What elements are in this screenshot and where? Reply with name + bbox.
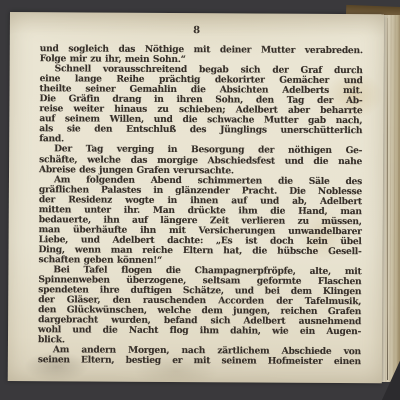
page-number: 8	[10, 24, 384, 37]
page-text-block: und sogleich das Nöthige mit deiner Mutt…	[38, 44, 363, 367]
scanned-page: 8 und sogleich das Nöthige mit deiner Mu…	[8, 12, 384, 383]
text-line: seinen Eltern, bestieg er mit seinem Hof…	[38, 356, 361, 368]
page-edge-crease-line	[387, 18, 388, 380]
scan-photo: 8 und sogleich das Nöthige mit deiner Mu…	[0, 0, 400, 400]
